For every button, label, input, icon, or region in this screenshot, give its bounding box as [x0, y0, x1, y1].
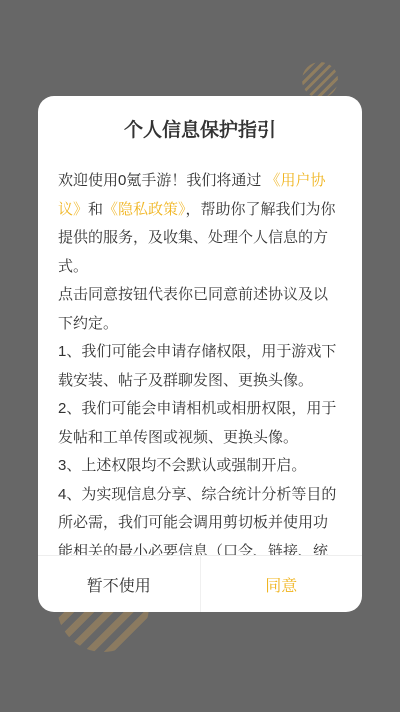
decline-button[interactable]: 暂不使用: [38, 556, 200, 612]
permission-item-2: 2、我们可能会申请相机或相册权限，用于发帖和工单传图或视频、更换头像。: [58, 395, 342, 452]
striped-circle-decoration-top-right: [302, 62, 338, 98]
privacy-policy-link[interactable]: 《隐私政策》: [103, 201, 186, 218]
agree-button[interactable]: 同意: [201, 556, 363, 612]
permission-item-4: 4、为实现信息分享、综合统计分析等目的所必需，我们可能会调用剪切板并使用功能相关…: [58, 481, 342, 556]
dialog-body: 欢迎使用0氪手游！我们将通过 《用户协议》和《隐私政策》，帮助你了解我们为你提供…: [38, 144, 362, 555]
body-text: 和: [88, 201, 103, 218]
body-text: 欢迎使用0氪手游！我们将通过: [58, 172, 266, 189]
dialog-title: 个人信息保护指引: [38, 118, 362, 144]
consent-note-paragraph: 点击同意按钮代表你已同意前述协议及以下约定。: [58, 281, 342, 338]
permission-item-1: 1、我们可能会申请存储权限，用于游戏下载安装、帖子及群聊发图、更换头像。: [58, 338, 342, 395]
privacy-guide-dialog: 个人信息保护指引 欢迎使用0氪手游！我们将通过 《用户协议》和《隐私政策》，帮助…: [38, 96, 362, 612]
permission-item-3: 3、上述权限均不会默认或强制开启。: [58, 452, 342, 481]
dialog-footer: 暂不使用 同意: [38, 555, 362, 612]
intro-paragraph: 欢迎使用0氪手游！我们将通过 《用户协议》和《隐私政策》，帮助你了解我们为你提供…: [58, 167, 342, 281]
